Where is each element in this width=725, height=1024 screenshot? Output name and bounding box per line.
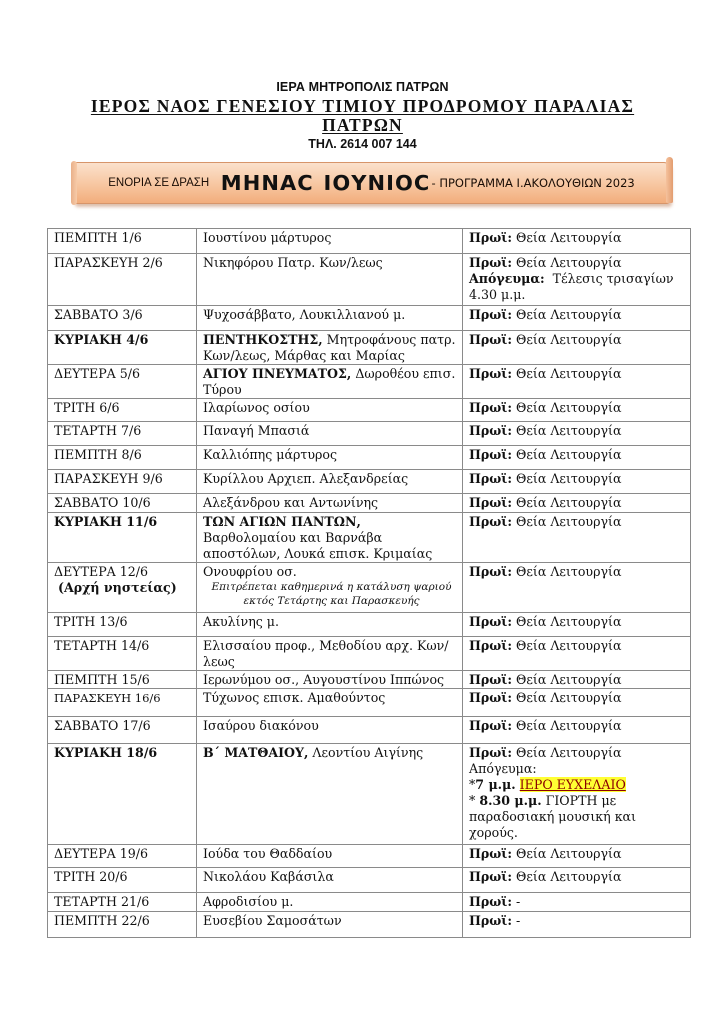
morning-label: Πρωϊ: [469,366,512,381]
morning-label: Πρωϊ: [469,690,512,705]
table-row: ΚΥΡΙΑΚΗ 4/6ΠΕΝΤΗΚΟΣΤΗΣ, Μητροφάνους πατρ… [48,331,691,365]
morning-service: Θεία Λειτουργία [516,495,621,510]
table-row: ΤΕΤΑΡΤΗ 14/6Ελισσαίου προφ., Μεθοδίου αρ… [48,637,691,671]
saint-name: Νικηφόρου Πατρ. Κων/λεως [203,255,383,270]
saint-cell: Ιλαρίωνος οσίου [197,399,463,422]
saint-name: Ιερωνύμου οσ., Αυγουστίνου Ιππώνος [203,672,444,687]
saint-name: Τύχωνος επισκ. Αμαθούντος [203,690,385,705]
service-cell: Πρωϊ: Θεία Λειτουργία [463,613,691,637]
table-row: ΔΕΥΤΕΡΑ 5/6ΑΓΙΟΥ ΠΝΕΥΜΑΤΟΣ, Δωροθέου επι… [48,365,691,399]
saint-name: Ονουφρίου οσ. [203,564,297,579]
day-cell: ΠΕΜΠΤΗ 22/6 [48,912,197,938]
morning-service: Θεία Λειτουργία [516,230,621,245]
feast-name: ΠΕΝΤΗΚΟΣΤΗΣ, [203,332,323,347]
service-cell: Πρωϊ: Θεία ΛειτουργίαΑπόγευμα:*7 μ.μ. ΙΕ… [463,744,691,845]
saint-cell: Νικηφόρου Πατρ. Κων/λεως [197,254,463,306]
morning-label: Πρωϊ: [469,913,512,928]
table-row: ΤΕΤΑΡΤΗ 7/6Παναγή ΜπασιάΠρωϊ: Θεία Λειτο… [48,422,691,446]
day-label: ΤΡΙΤΗ 13/6 [54,614,128,629]
saint-cell: Ιουστίνου μάρτυρος [197,229,463,254]
day-label: ΠΑΡΑΣΚΕΥΗ 16/6 [54,691,161,705]
saint-cell: Κυρίλλου Αρχιεπ. Αλεξανδρείας [197,470,463,494]
feast-name: ΑΓΙΟΥ ΠΝΕΥΜΑΤΟΣ, [203,366,351,381]
service-cell: Πρωϊ: Θεία Λειτουργία [463,306,691,331]
day-label: ΠΑΡΑΣΚΕΥΗ 9/6 [54,471,163,486]
morning-service: Θεία Λειτουργία [516,564,621,579]
saint-name: Λεοντίου Αιγίνης [312,745,423,760]
day-label: ΠΕΜΠΤΗ 1/6 [54,230,142,245]
day-cell: ΚΥΡΙΑΚΗ 11/6 [48,513,197,563]
saint-name: Καλλιόπης μάρτυρος [203,447,337,462]
morning-label: Πρωϊ: [469,400,512,415]
day-label: ΚΥΡΙΑΚΗ 11/6 [54,514,157,529]
highlighted-event: ΙΕΡΟ ΕΥΧΕΛΑΙΟ [520,777,626,792]
day-cell: ΔΕΥΤΕΡΑ 5/6 [48,365,197,399]
event-time: 8.30 μ.μ. [479,793,541,808]
day-label: ΠΑΡΑΣΚΕΥΗ 2/6 [54,255,163,270]
saint-name: Παναγή Μπασιά [203,423,309,438]
table-row: ΤΡΙΤΗ 6/6Ιλαρίωνος οσίουΠρωϊ: Θεία Λειτο… [48,399,691,422]
morning-label: Πρωϊ: [469,564,512,579]
morning-label: Πρωϊ: [469,514,512,529]
morning-service: Θεία Λειτουργία [516,514,621,529]
service-cell: Πρωϊ: Θεία Λειτουργία [463,399,691,422]
event-time: 7 μ.μ. [475,777,515,792]
service-cell: Πρωϊ: Θεία Λειτουργία [463,331,691,365]
phone-number: ΤΗΛ. 2614 007 144 [0,137,725,151]
morning-label: Πρωϊ: [469,869,512,884]
service-cell: Πρωϊ: Θεία Λειτουργία [463,365,691,399]
day-label: ΔΕΥΤΕΡΑ 19/6 [54,846,148,861]
day-cell: ΠΑΡΑΣΚΕΥΗ 16/6 [48,689,197,717]
morning-service: Θεία Λειτουργία [516,471,621,486]
morning-label: Πρωϊ: [469,255,512,270]
day-label: ΠΕΜΠΤΗ 22/6 [54,913,150,928]
day-label: ΠΕΜΠΤΗ 8/6 [54,447,142,462]
table-row: ΠΕΜΠΤΗ 15/6Ιερωνύμου οσ., Αυγουστίνου Ιπ… [48,671,691,689]
morning-service: Θεία Λειτουργία [516,672,621,687]
service-cell: Πρωϊ: - [463,912,691,938]
service-cell: Πρωϊ: Θεία Λειτουργία [463,868,691,893]
saint-cell: Νικολάου Καβάσιλα [197,868,463,893]
month-banner: ΕΝΟΡΙΑ ΣΕ ΔΡΑΣΗ ΜΗΝΑC ΙΟΥΝΙΟC - ΠΡΟΓΡΑΜΜ… [73,162,670,204]
banner-suffix: - ΠΡΟΓΡΑΜΜΑ Ι.ΑΚΟΛΟΥΘΙΩΝ 2023 [432,176,635,190]
banner-prefix: ΕΝΟΡΙΑ ΣΕ ΔΡΑΣΗ [108,177,209,189]
saint-cell: Αφροδισίου μ. [197,893,463,912]
day-cell: ΠΕΜΠΤΗ 1/6 [48,229,197,254]
banner-month-name: ΙΟΥΝΙΟC [323,171,430,195]
saint-cell: Ιούδα του Θαδδαίου [197,845,463,868]
table-row: ΔΕΥΤΕΡΑ 12/6(Αρχή νηστείας)Ονουφρίου οσ.… [48,563,691,613]
saint-cell: ΤΩΝ ΑΓΙΩΝ ΠΑΝΤΩΝ, Βαρθολομαίου και Βαρνά… [197,513,463,563]
morning-service: Θεία Λειτουργία [516,366,621,381]
morning-service: - [516,894,520,909]
morning-label: Πρωϊ: [469,672,512,687]
saint-name: Ακυλίνης μ. [203,614,279,629]
saint-name: Νικολάου Καβάσιλα [203,869,334,884]
church-title-line2: ΠΑΤΡΩΝ [322,115,403,135]
table-row: ΚΥΡΙΑΚΗ 18/6Β΄ ΜΑΤΘΑΙΟΥ, Λεοντίου Αιγίνη… [48,744,691,845]
saint-name: Βαρθολομαίου και Βαρνάβα αποστόλων, Λουκ… [203,530,432,561]
day-cell: ΤΕΤΑΡΤΗ 7/6 [48,422,197,446]
saint-cell: Ιερωνύμου οσ., Αυγουστίνου Ιππώνος [197,671,463,689]
metropolis-title: ΙΕΡΑ ΜΗΤΡΟΠΟΛΙΣ ΠΑΤΡΩΝ [0,80,725,94]
table-row: ΠΕΜΠΤΗ 8/6Καλλιόπης μάρτυροςΠρωϊ: Θεία Λ… [48,446,691,470]
table-row: ΠΑΡΑΣΚΕΥΗ 16/6Τύχωνος επισκ. ΑμαθούντοςΠ… [48,689,691,717]
day-label: ΤΕΤΑΡΤΗ 21/6 [54,894,149,909]
morning-service: Θεία Λειτουργία [516,255,621,270]
morning-service: - [516,913,520,928]
saint-name: Ιλαρίωνος οσίου [203,400,310,415]
saint-name: Αφροδισίου μ. [203,894,293,909]
day-label: ΠΕΜΠΤΗ 15/6 [54,672,150,687]
day-cell: ΣΑΒΒΑΤΟ 10/6 [48,494,197,513]
saint-cell: Β΄ ΜΑΤΘΑΙΟΥ, Λεοντίου Αιγίνης [197,744,463,845]
church-title-line1: ΙΕΡΟΣ ΝΑΟΣ ΓΕΝΕΣΙΟΥ ΤΙΜΙΟΥ ΠΡΟΔΡΟΜΟΥ ΠΑΡ… [91,96,634,116]
table-row: ΚΥΡΙΑΚΗ 11/6ΤΩΝ ΑΓΙΩΝ ΠΑΝΤΩΝ, Βαρθολομαί… [48,513,691,563]
morning-label: Πρωϊ: [469,332,512,347]
saint-cell: Ευσεβίου Σαμοσάτων [197,912,463,938]
table-row: ΤΡΙΤΗ 13/6Ακυλίνης μ.Πρωϊ: Θεία Λειτουργ… [48,613,691,637]
service-cell: Πρωϊ: Θεία Λειτουργία [463,671,691,689]
feast-name: Β΄ ΜΑΤΘΑΙΟΥ, [203,745,308,760]
service-cell: Πρωϊ: Θεία Λειτουργία [463,513,691,563]
morning-label: Πρωϊ: [469,495,512,510]
table-row: ΠΑΡΑΣΚΕΥΗ 2/6Νικηφόρου Πατρ. Κων/λεωςΠρω… [48,254,691,306]
service-cell: Πρωϊ: Θεία Λειτουργία [463,229,691,254]
day-label: ΣΑΒΒΑΤΟ 17/6 [54,718,151,733]
day-cell: ΤΡΙΤΗ 13/6 [48,613,197,637]
day-label: ΤΕΤΑΡΤΗ 7/6 [54,423,141,438]
morning-label: Πρωϊ: [469,614,512,629]
saint-name: Ψυχοσάββατο, Λουκιλλιανού μ. [203,307,405,322]
morning-service: Θεία Λειτουργία [516,307,621,322]
morning-label: Πρωϊ: [469,307,512,322]
saint-name: Ιούδα του Θαδδαίου [203,846,332,861]
table-row: ΤΕΤΑΡΤΗ 21/6Αφροδισίου μ.Πρωϊ: - [48,893,691,912]
morning-service: Θεία Λειτουργία [516,332,621,347]
fasting-rule-note: Επιτρέπεται καθημερινά η κατάλυση ψαριού… [203,580,456,608]
table-row: ΔΕΥΤΕΡΑ 19/6Ιούδα του ΘαδδαίουΠρωϊ: Θεία… [48,845,691,868]
table-row: ΣΑΒΒΑΤΟ 10/6Αλεξάνδρου και ΑντωνίνηςΠρωϊ… [48,494,691,513]
saint-cell: Ισαύρου διακόνου [197,717,463,744]
morning-service: Θεία Λειτουργία [516,846,621,861]
day-label: ΔΕΥΤΕΡΑ 12/6 [54,564,148,579]
day-cell: ΠΕΜΠΤΗ 8/6 [48,446,197,470]
table-row: ΠΕΜΠΤΗ 22/6Ευσεβίου ΣαμοσάτωνΠρωϊ: - [48,912,691,938]
service-cell: Πρωϊ: Θεία Λειτουργία [463,470,691,494]
morning-label: Πρωϊ: [469,718,512,733]
fasting-note: (Αρχή νηστείας) [54,580,190,596]
saint-name: Ελισσαίου προφ., Μεθοδίου αρχ. Κων/λεως [203,638,449,669]
morning-service: Θεία Λειτουργία [516,718,621,733]
day-cell: ΠΑΡΑΣΚΕΥΗ 9/6 [48,470,197,494]
service-cell: Πρωϊ: Θεία ΛειτουργίαΑπόγευμα: Τέλεσις τ… [463,254,691,306]
service-cell: Πρωϊ: Θεία Λειτουργία [463,563,691,613]
saint-name: Ιουστίνου μάρτυρος [203,230,331,245]
service-cell: Πρωϊ: Θεία Λειτουργία [463,446,691,470]
morning-label: Πρωϊ: [469,423,512,438]
saint-name: Ισαύρου διακόνου [203,718,319,733]
table-row: ΠΑΡΑΣΚΕΥΗ 9/6Κυρίλλου Αρχιεπ. Αλεξανδρεί… [48,470,691,494]
day-cell: ΣΑΒΒΑΤΟ 3/6 [48,306,197,331]
morning-service: Θεία Λειτουργία [516,423,621,438]
day-cell: ΔΕΥΤΕΡΑ 12/6(Αρχή νηστείας) [48,563,197,613]
banner-month-word: ΜΗΝΑC [221,171,314,195]
saint-cell: Ελισσαίου προφ., Μεθοδίου αρχ. Κων/λεως [197,637,463,671]
saint-cell: Καλλιόπης μάρτυρος [197,446,463,470]
service-cell: Πρωϊ: Θεία Λειτουργία [463,845,691,868]
service-cell: Πρωϊ: Θεία Λειτουργία [463,637,691,671]
day-cell: ΣΑΒΒΑΤΟ 17/6 [48,717,197,744]
morning-label: Πρωϊ: [469,894,512,909]
saint-cell: Αλεξάνδρου και Αντωνίνης [197,494,463,513]
morning-service: Θεία Λειτουργία [516,869,621,884]
saint-name: Ευσεβίου Σαμοσάτων [203,913,342,928]
day-cell: ΤΡΙΤΗ 6/6 [48,399,197,422]
saint-cell: ΑΓΙΟΥ ΠΝΕΥΜΑΤΟΣ, Δωροθέου επισ. Τύρου [197,365,463,399]
service-cell: Πρωϊ: Θεία Λειτουργία [463,689,691,717]
day-label: ΔΕΥΤΕΡΑ 5/6 [54,366,140,381]
service-cell: Πρωϊ: Θεία Λειτουργία [463,422,691,446]
service-cell: Πρωϊ: Θεία Λειτουργία [463,717,691,744]
day-label: ΤΡΙΤΗ 6/6 [54,400,120,415]
saint-cell: ΠΕΝΤΗΚΟΣΤΗΣ, Μητροφάνους πατρ. Κων/λεως,… [197,331,463,365]
day-cell: ΔΕΥΤΕΡΑ 19/6 [48,845,197,868]
day-label: ΤΡΙΤΗ 20/6 [54,869,128,884]
table-row: ΣΑΒΒΑΤΟ 3/6Ψυχοσάββατο, Λουκιλλιανού μ.Π… [48,306,691,331]
morning-service: Θεία Λειτουργία [516,638,621,653]
saint-cell: Ονουφρίου οσ.Επιτρέπεται καθημερινά η κα… [197,563,463,613]
day-cell: ΚΥΡΙΑΚΗ 18/6 [48,744,197,845]
saint-name: Κυρίλλου Αρχιεπ. Αλεξανδρείας [203,471,408,486]
day-label: ΣΑΒΒΑΤΟ 3/6 [54,307,143,322]
morning-label: Πρωϊ: [469,846,512,861]
day-label: ΚΥΡΙΑΚΗ 4/6 [54,332,148,347]
service-cell: Πρωϊ: - [463,893,691,912]
afternoon-label: Απόγευμα: [469,761,537,776]
day-label: ΤΕΤΑΡΤΗ 14/6 [54,638,149,653]
feast-name: ΤΩΝ ΑΓΙΩΝ ΠΑΝΤΩΝ, [203,514,361,529]
service-cell: Πρωϊ: Θεία Λειτουργία [463,494,691,513]
table-row: ΤΡΙΤΗ 20/6Νικολάου ΚαβάσιλαΠρωϊ: Θεία Λε… [48,868,691,893]
saint-cell: Ακυλίνης μ. [197,613,463,637]
morning-label: Πρωϊ: [469,638,512,653]
day-cell: ΤΕΤΑΡΤΗ 14/6 [48,637,197,671]
day-cell: ΚΥΡΙΑΚΗ 4/6 [48,331,197,365]
morning-service: Θεία Λειτουργία [516,745,621,760]
table-row: ΠΕΜΠΤΗ 1/6Ιουστίνου μάρτυροςΠρωϊ: Θεία Λ… [48,229,691,254]
day-label: ΚΥΡΙΑΚΗ 18/6 [54,745,157,760]
saint-cell: Τύχωνος επισκ. Αμαθούντος [197,689,463,717]
saint-cell: Παναγή Μπασιά [197,422,463,446]
morning-service: Θεία Λειτουργία [516,447,621,462]
morning-label: Πρωϊ: [469,447,512,462]
day-cell: ΠΑΡΑΣΚΕΥΗ 2/6 [48,254,197,306]
saint-name: Αλεξάνδρου και Αντωνίνης [203,495,378,510]
afternoon-label: Απόγευμα: [469,271,545,286]
church-title: ΙΕΡΟΣ ΝΑΟΣ ΓΕΝΕΣΙΟΥ ΤΙΜΙΟΥ ΠΡΟΔΡΟΜΟΥ ΠΑΡ… [0,97,725,135]
morning-service: Θεία Λειτουργία [516,614,621,629]
day-cell: ΤΡΙΤΗ 20/6 [48,868,197,893]
table-row: ΣΑΒΒΑΤΟ 17/6Ισαύρου διακόνουΠρωϊ: Θεία Λ… [48,717,691,744]
day-cell: ΠΕΜΠΤΗ 15/6 [48,671,197,689]
morning-label: Πρωϊ: [469,471,512,486]
morning-label: Πρωϊ: [469,745,512,760]
morning-label: Πρωϊ: [469,230,512,245]
services-schedule-table: ΠΕΜΠΤΗ 1/6Ιουστίνου μάρτυροςΠρωϊ: Θεία Λ… [47,228,691,938]
day-label: ΣΑΒΒΑΤΟ 10/6 [54,495,151,510]
morning-service: Θεία Λειτουργία [516,690,621,705]
day-cell: ΤΕΤΑΡΤΗ 21/6 [48,893,197,912]
morning-service: Θεία Λειτουργία [516,400,621,415]
saint-cell: Ψυχοσάββατο, Λουκιλλιανού μ. [197,306,463,331]
